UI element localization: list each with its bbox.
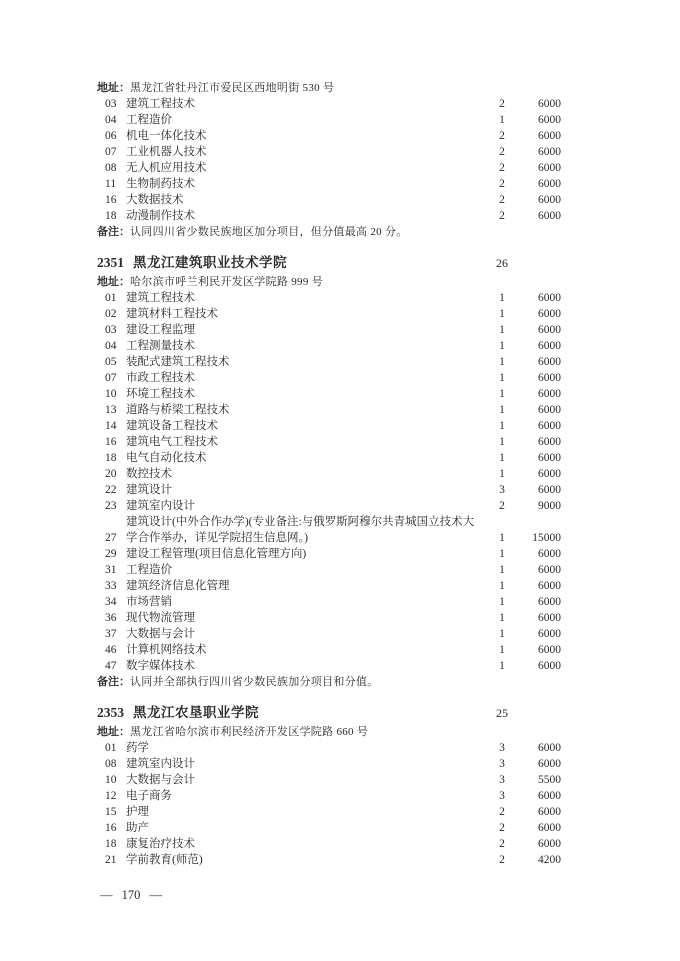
major-plan-count: 2 [489, 804, 515, 820]
major-tuition-fee: 6000 [515, 208, 561, 224]
major-tuition-fee: 6000 [515, 658, 561, 674]
major-name: 学前教育(师范) [126, 852, 489, 868]
major-tuition-fee: 6000 [515, 434, 561, 450]
major-tuition-fee: 6000 [515, 594, 561, 610]
major-code: 08 [105, 756, 119, 772]
major-plan-count: 2 [489, 836, 515, 852]
major-tuition-fee: 6000 [515, 354, 561, 370]
school-total-quota: 25 [489, 703, 515, 724]
major-plan-count: 3 [489, 756, 515, 772]
major-plan-count: 1 [489, 370, 515, 386]
school-name: 黑龙江农垦职业学院 [133, 702, 489, 723]
note-label: 备注： [97, 224, 130, 240]
major-tuition-fee: 6000 [515, 836, 561, 852]
major-row: 16大数据技术26000 [97, 192, 561, 208]
school-header-row: 2353黑龙江农垦职业学院25 [97, 702, 561, 724]
major-name: 大数据技术 [126, 192, 489, 208]
address-line: 地址：哈尔滨市呼兰利民开发区学院路 999 号 [97, 274, 561, 290]
major-row: 47数字媒体技术16000 [97, 658, 561, 674]
major-code: 21 [105, 852, 119, 868]
major-code: 04 [105, 338, 119, 354]
major-plan-count: 1 [489, 418, 515, 434]
major-row: 15护理26000 [97, 804, 561, 820]
major-row: 02建筑材料工程技术16000 [97, 306, 561, 322]
major-row: 20数控技术16000 [97, 466, 561, 482]
major-code: 06 [105, 128, 119, 144]
address-line: 地址：黑龙江省哈尔滨市利民经济开发区学院路 660 号 [97, 724, 561, 740]
major-tuition-fee: 6000 [515, 756, 561, 772]
major-code: 02 [105, 306, 119, 322]
major-plan-count: 1 [489, 594, 515, 610]
major-name: 药学 [126, 740, 489, 756]
major-code: 03 [105, 322, 119, 338]
major-row: 16助产26000 [97, 820, 561, 836]
major-name: 建筑材料工程技术 [126, 306, 489, 322]
major-row: 04工程造价16000 [97, 112, 561, 128]
major-name: 动漫制作技术 [126, 208, 489, 224]
major-name: 计算机网络技术 [126, 642, 489, 658]
address-line: 地址：黑龙江省牡丹江市爱民区西地明街 530 号 [97, 80, 561, 96]
major-tuition-fee: 6000 [515, 466, 561, 482]
note-text: 认同并全部执行四川省少数民族加分项目和分值。 [130, 674, 379, 690]
major-tuition-fee: 6000 [515, 418, 561, 434]
document-page: 地址：黑龙江省牡丹江市爱民区西地明街 530 号03建筑工程技术2600004工… [0, 0, 680, 961]
major-row: 18动漫制作技术26000 [97, 208, 561, 224]
major-code: 16 [105, 820, 119, 836]
major-plan-count: 3 [489, 772, 515, 788]
note-text: 认同四川省少数民族地区加分项目，但分值最高 20 分。 [130, 224, 408, 240]
major-row: 22建筑设计36000 [97, 482, 561, 498]
major-name: 电子商务 [126, 788, 489, 804]
address-text: 黑龙江省牡丹江市爱民区西地明街 530 号 [130, 80, 334, 96]
major-tuition-fee: 6000 [515, 322, 561, 338]
major-plan-count: 3 [489, 740, 515, 756]
major-name: 装配式建筑工程技术 [126, 354, 489, 370]
major-plan-count: 2 [489, 144, 515, 160]
major-name: 建设工程监理 [126, 322, 489, 338]
major-tuition-fee: 6000 [515, 144, 561, 160]
major-tuition-fee: 6000 [515, 562, 561, 578]
document-content: 地址：黑龙江省牡丹江市爱民区西地明街 530 号03建筑工程技术2600004工… [97, 80, 561, 868]
major-row: 11生物制药技术26000 [97, 176, 561, 192]
major-plan-count: 1 [489, 290, 515, 306]
major-code: 01 [105, 740, 119, 756]
major-code: 14 [105, 418, 119, 434]
major-tuition-fee: 6000 [515, 626, 561, 642]
major-code: 04 [105, 112, 119, 128]
address-label: 地址： [97, 274, 130, 290]
major-plan-count: 1 [489, 450, 515, 466]
major-code: 16 [105, 192, 119, 208]
major-row: 04工程测量技术16000 [97, 338, 561, 354]
school-code: 2351 [97, 252, 124, 273]
major-plan-count: 2 [489, 176, 515, 192]
major-row: 33建筑经济信息化管理16000 [97, 578, 561, 594]
major-row: 10环境工程技术16000 [97, 386, 561, 402]
address-text: 哈尔滨市呼兰利民开发区学院路 999 号 [130, 274, 323, 290]
major-row: 08无人机应用技术26000 [97, 160, 561, 176]
major-code: 12 [105, 788, 119, 804]
major-row: 13道路与桥梁工程技术16000 [97, 402, 561, 418]
major-name: 工业机器人技术 [126, 144, 489, 160]
major-name: 建设工程管理(项目信息化管理方向) [126, 546, 489, 562]
major-name: 机电一体化技术 [126, 128, 489, 144]
major-tuition-fee: 6000 [515, 402, 561, 418]
major-tuition-fee: 6000 [515, 740, 561, 756]
major-name: 建筑设计(中外合作办学)(专业备注:与俄罗斯阿穆尔共青城国立技术大学合作举办，详… [126, 514, 489, 546]
major-plan-count: 2 [489, 160, 515, 176]
major-plan-count: 1 [489, 306, 515, 322]
school-section: 地址：黑龙江省牡丹江市爱民区西地明街 530 号03建筑工程技术2600004工… [97, 80, 561, 240]
major-plan-count: 2 [489, 852, 515, 868]
major-name: 建筑室内设计 [126, 756, 489, 772]
major-row: 12电子商务36000 [97, 788, 561, 804]
major-code: 07 [105, 370, 119, 386]
major-plan-count: 2 [489, 96, 515, 112]
major-name: 生物制药技术 [126, 176, 489, 192]
major-name: 数控技术 [126, 466, 489, 482]
major-name: 大数据与会计 [126, 626, 489, 642]
major-name: 市政工程技术 [126, 370, 489, 386]
school-section: 2351黑龙江建筑职业技术学院26地址：哈尔滨市呼兰利民开发区学院路 999 号… [97, 252, 561, 690]
major-code: 07 [105, 144, 119, 160]
major-row: 01药学36000 [97, 740, 561, 756]
major-plan-count: 1 [489, 546, 515, 562]
note-label: 备注： [97, 674, 130, 690]
major-plan-count: 1 [489, 338, 515, 354]
major-code: 18 [105, 836, 119, 852]
major-plan-count: 2 [489, 128, 515, 144]
address-text: 黑龙江省哈尔滨市利民经济开发区学院路 660 号 [130, 724, 368, 740]
major-plan-count: 1 [489, 562, 515, 578]
major-code: 27 [105, 530, 119, 546]
major-name: 建筑设计 [126, 482, 489, 498]
major-name: 工程造价 [126, 112, 489, 128]
major-code: 15 [105, 804, 119, 820]
major-code: 31 [105, 562, 119, 578]
major-tuition-fee: 6000 [515, 820, 561, 836]
address-label: 地址： [97, 80, 130, 96]
major-row: 46计算机网络技术16000 [97, 642, 561, 658]
major-name: 现代物流管理 [126, 610, 489, 626]
major-name: 建筑经济信息化管理 [126, 578, 489, 594]
major-row: 36现代物流管理16000 [97, 610, 561, 626]
major-name: 数字媒体技术 [126, 658, 489, 674]
major-row: 06机电一体化技术26000 [97, 128, 561, 144]
major-row: 03建筑工程技术26000 [97, 96, 561, 112]
major-plan-count: 3 [489, 482, 515, 498]
major-plan-count: 2 [489, 208, 515, 224]
school-code: 2353 [97, 702, 124, 723]
major-tuition-fee: 6000 [515, 386, 561, 402]
major-row: 03建设工程监理16000 [97, 322, 561, 338]
major-name: 市场营销 [126, 594, 489, 610]
major-code: 29 [105, 546, 119, 562]
major-row: 27建筑设计(中外合作办学)(专业备注:与俄罗斯阿穆尔共青城国立技术大学合作举办… [97, 514, 561, 546]
major-code: 10 [105, 772, 119, 788]
major-name: 环境工程技术 [126, 386, 489, 402]
school-name: 黑龙江建筑职业技术学院 [133, 252, 489, 273]
school-header-row: 2351黑龙江建筑职业技术学院26 [97, 252, 561, 274]
major-name: 护理 [126, 804, 489, 820]
major-name: 道路与桥梁工程技术 [126, 402, 489, 418]
major-plan-count: 1 [489, 466, 515, 482]
major-tuition-fee: 6000 [515, 96, 561, 112]
note-line: 备注：认同并全部执行四川省少数民族加分项目和分值。 [97, 674, 561, 690]
major-name: 工程测量技术 [126, 338, 489, 354]
major-plan-count: 1 [489, 530, 515, 546]
major-name: 建筑室内设计 [126, 498, 489, 514]
major-tuition-fee: 6000 [515, 192, 561, 208]
major-tuition-fee: 6000 [515, 450, 561, 466]
major-tuition-fee: 5500 [515, 772, 561, 788]
major-row: 34市场营销16000 [97, 594, 561, 610]
major-tuition-fee: 6000 [515, 160, 561, 176]
major-row: 31工程造价16000 [97, 562, 561, 578]
major-code: 10 [105, 386, 119, 402]
major-row: 08建筑室内设计36000 [97, 756, 561, 772]
address-label: 地址： [97, 724, 130, 740]
major-tuition-fee: 6000 [515, 112, 561, 128]
major-code: 20 [105, 466, 119, 482]
major-plan-count: 2 [489, 192, 515, 208]
major-row: 21学前教育(师范)24200 [97, 852, 561, 868]
major-row: 07市政工程技术16000 [97, 370, 561, 386]
major-name: 建筑工程技术 [126, 96, 489, 112]
major-row: 23建筑室内设计29000 [97, 498, 561, 514]
major-plan-count: 1 [489, 642, 515, 658]
major-code: 23 [105, 498, 119, 514]
major-plan-count: 1 [489, 626, 515, 642]
major-code: 16 [105, 434, 119, 450]
major-tuition-fee: 6000 [515, 128, 561, 144]
major-name: 建筑工程技术 [126, 290, 489, 306]
major-tuition-fee: 6000 [515, 306, 561, 322]
major-plan-count: 1 [489, 112, 515, 128]
major-name: 大数据与会计 [126, 772, 489, 788]
major-plan-count: 1 [489, 322, 515, 338]
major-tuition-fee: 6000 [515, 176, 561, 192]
major-tuition-fee: 6000 [515, 788, 561, 804]
major-plan-count: 1 [489, 354, 515, 370]
major-code: 33 [105, 578, 119, 594]
page-number: — 170 — [100, 888, 162, 903]
major-name: 康复治疗技术 [126, 836, 489, 852]
major-tuition-fee: 4200 [515, 852, 561, 868]
major-code: 22 [105, 482, 119, 498]
major-code: 01 [105, 290, 119, 306]
major-code: 13 [105, 402, 119, 418]
major-name: 建筑设备工程技术 [126, 418, 489, 434]
major-plan-count: 1 [489, 386, 515, 402]
major-tuition-fee: 6000 [515, 642, 561, 658]
major-code: 03 [105, 96, 119, 112]
major-plan-count: 1 [489, 578, 515, 594]
major-tuition-fee: 6000 [515, 338, 561, 354]
school-total-quota: 26 [489, 253, 515, 274]
major-tuition-fee: 6000 [515, 578, 561, 594]
major-name: 建筑电气工程技术 [126, 434, 489, 450]
major-plan-count: 2 [489, 820, 515, 836]
major-plan-count: 1 [489, 658, 515, 674]
major-row: 29建设工程管理(项目信息化管理方向)16000 [97, 546, 561, 562]
major-row: 05装配式建筑工程技术16000 [97, 354, 561, 370]
major-row: 01建筑工程技术16000 [97, 290, 561, 306]
major-plan-count: 1 [489, 610, 515, 626]
major-code: 36 [105, 610, 119, 626]
major-row: 16建筑电气工程技术16000 [97, 434, 561, 450]
school-section: 2353黑龙江农垦职业学院25地址：黑龙江省哈尔滨市利民经济开发区学院路 660… [97, 702, 561, 868]
major-code: 08 [105, 160, 119, 176]
major-row: 14建筑设备工程技术16000 [97, 418, 561, 434]
major-name: 无人机应用技术 [126, 160, 489, 176]
major-name: 助产 [126, 820, 489, 836]
major-tuition-fee: 6000 [515, 482, 561, 498]
major-code: 18 [105, 450, 119, 466]
major-row: 18康复治疗技术26000 [97, 836, 561, 852]
major-plan-count: 3 [489, 788, 515, 804]
note-line: 备注：认同四川省少数民族地区加分项目，但分值最高 20 分。 [97, 224, 561, 240]
major-name: 工程造价 [126, 562, 489, 578]
major-tuition-fee: 15000 [515, 530, 561, 546]
major-tuition-fee: 6000 [515, 546, 561, 562]
major-tuition-fee: 6000 [515, 290, 561, 306]
major-row: 18电气自动化技术16000 [97, 450, 561, 466]
major-tuition-fee: 9000 [515, 498, 561, 514]
major-row: 37大数据与会计16000 [97, 626, 561, 642]
major-row: 10大数据与会计35500 [97, 772, 561, 788]
major-code: 11 [105, 176, 119, 192]
major-code: 47 [105, 658, 119, 674]
major-tuition-fee: 6000 [515, 370, 561, 386]
major-name: 电气自动化技术 [126, 450, 489, 466]
major-code: 05 [105, 354, 119, 370]
major-tuition-fee: 6000 [515, 804, 561, 820]
major-tuition-fee: 6000 [515, 610, 561, 626]
major-code: 37 [105, 626, 119, 642]
major-code: 34 [105, 594, 119, 610]
major-plan-count: 2 [489, 498, 515, 514]
major-row: 07工业机器人技术26000 [97, 144, 561, 160]
major-plan-count: 1 [489, 434, 515, 450]
major-code: 18 [105, 208, 119, 224]
major-code: 46 [105, 642, 119, 658]
major-plan-count: 1 [489, 402, 515, 418]
